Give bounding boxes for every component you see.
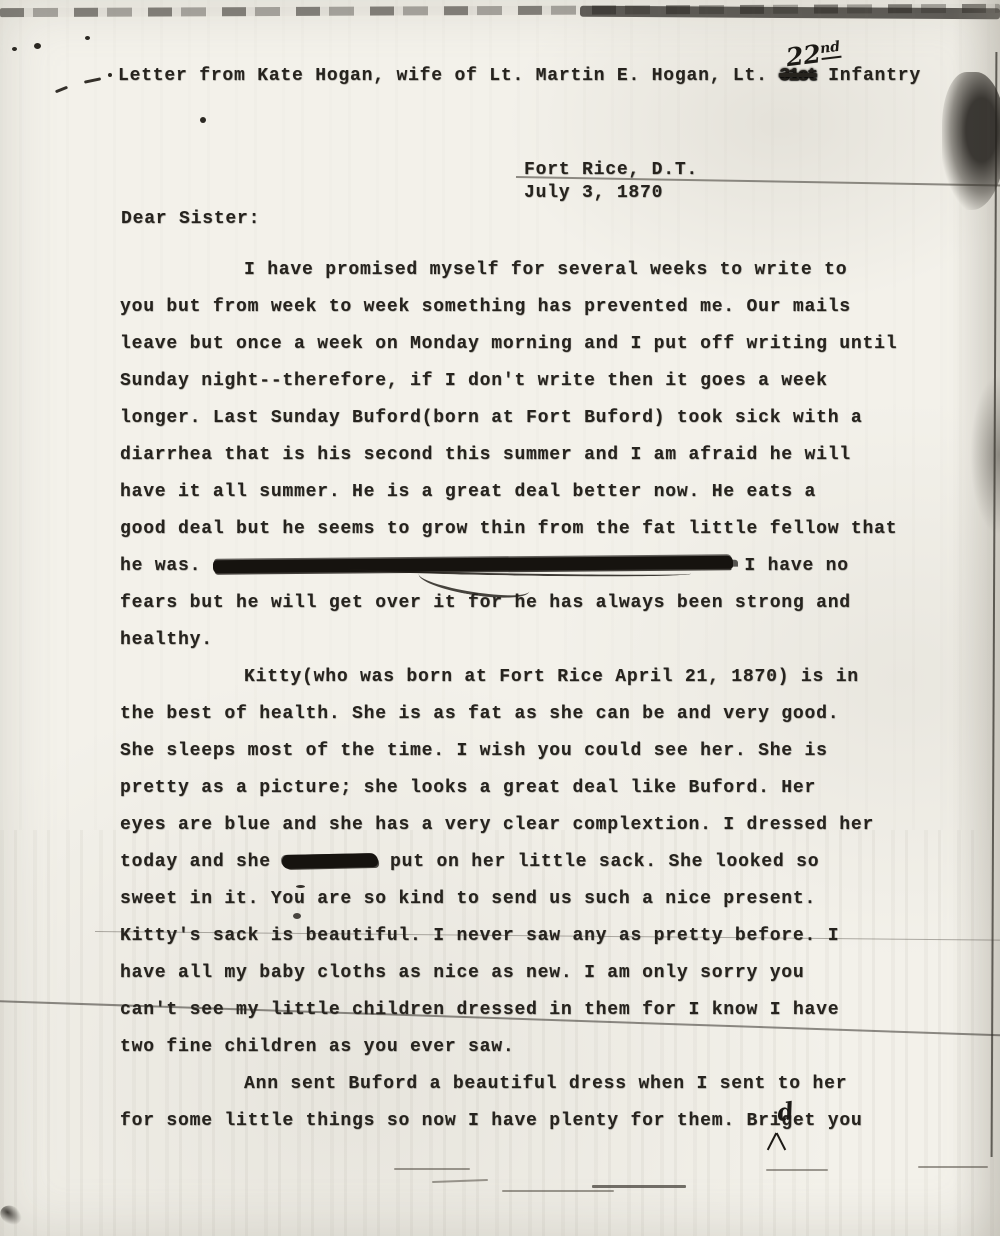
text-line: two fine children as you ever saw. (120, 1029, 936, 1066)
letter-body: I have promised myself for several weeks… (120, 252, 936, 1140)
dateline: Fort Rice, D.T.July 3, 1870 (524, 159, 698, 205)
handwritten-ordinal-suffix: nd (819, 38, 841, 59)
text-run: he was. (120, 556, 213, 576)
text-run: two fine children as you ever saw. (120, 1037, 514, 1057)
text-line: She sleeps most of the time. I wish you … (120, 733, 936, 770)
text-line: fears but he will get over it for he has… (120, 585, 936, 622)
text-run: for some little things so now I have ple… (120, 1111, 781, 1131)
header-line: Letter from Kate Hogan, wife of Lt. Mart… (118, 66, 978, 86)
scanned-letter-page: Letter from Kate Hogan, wife of Lt. Mart… (0, 0, 1000, 1236)
text-run: have it all summer. He is a great deal b… (120, 482, 816, 502)
scan-dash (432, 1179, 488, 1182)
text-run: pretty as a picture; she looks a great d… (120, 778, 816, 798)
text-line: can't see my little children dressed in … (120, 992, 936, 1029)
text-run: Letter from Kate Hogan, wife of Lt. Mart… (118, 66, 779, 86)
ink-blot-redaction (282, 853, 378, 869)
text-line: he was. I have no (120, 548, 936, 585)
text-run: Sunday night--therefore, if I don't writ… (120, 371, 828, 391)
text-run: can't see my little children dressed in … (120, 1000, 839, 1020)
scan-edge-right-line (991, 52, 998, 1157)
text-run: I have promised myself for several weeks… (244, 260, 847, 280)
text-run: Kitty's sack is beautiful. I never saw a… (120, 926, 839, 946)
text-run: I have no (733, 556, 849, 576)
text-run: diarrhea that is his second this summer … (120, 445, 851, 465)
scan-edge-right-wash (952, 0, 1000, 1236)
text-line: you but from week to week something has … (120, 289, 936, 326)
text-run: the best of health. She is as fat as she… (120, 704, 839, 724)
text-run: longer. Last Sunday Buford(born at Fort … (120, 408, 863, 428)
salutation: Dear Sister: (121, 209, 260, 229)
scan-dash (592, 1185, 686, 1188)
text-run: Ann sent Buford a beautiful dress when I… (244, 1074, 847, 1094)
ink-scribble-redaction (213, 556, 733, 574)
pencil-dash (84, 77, 101, 83)
text-line: have it all summer. He is a great deal b… (120, 474, 936, 511)
text-run: Infantry (817, 66, 921, 86)
scan-dash (502, 1190, 614, 1192)
toner-smudge-right (970, 375, 1000, 535)
dateline-line: Fort Rice, D.T. (524, 159, 698, 182)
text-line: longer. Last Sunday Buford(born at Fort … (120, 400, 936, 437)
text-line: for some little things so now I have ple… (120, 1103, 936, 1140)
scan-dash (394, 1168, 470, 1170)
scan-dash (766, 1169, 828, 1171)
ink-dash (55, 86, 68, 94)
dateline-line: July 3, 1870 (524, 182, 698, 205)
text-line: Kitty(who was born at Fort Rice April 21… (120, 659, 936, 696)
text-line: healthy. (120, 622, 936, 659)
text-run: healthy. (120, 630, 213, 650)
text-line: Kitty's sack is beautiful. I never saw a… (120, 918, 936, 955)
text-line: diarrhea that is his second this summer … (120, 437, 936, 474)
toner-blob-right (942, 72, 1000, 210)
ink-speck (34, 43, 41, 49)
text-line: eyes are blue and she has a very clear c… (120, 807, 936, 844)
text-run: have all my baby cloths as nice as new. … (120, 963, 805, 983)
text-run: fears but he will get over it for he has… (120, 593, 851, 613)
text-run: eyes are blue and she has a very clear c… (120, 815, 874, 835)
text-line: pretty as a picture; she looks a great d… (120, 770, 936, 807)
ink-speck (85, 36, 90, 40)
ink-speck (200, 117, 206, 123)
caret-mark (768, 1132, 786, 1150)
text-line: sweet in it. You are so kind to send us … (120, 881, 936, 918)
scan-edge-top-band (0, 4, 1000, 17)
scan-dash (918, 1166, 988, 1168)
text-run: leave but once a week on Monday morning … (120, 334, 897, 354)
text-run: She sleeps most of the time. I wish you … (120, 741, 828, 761)
text-run: put on her little sack. She looked so (378, 852, 819, 872)
text-run: good deal but he seems to grow thin from… (120, 519, 897, 539)
ink-mark-bottom-left (0, 1201, 25, 1229)
text-run: today and she (120, 852, 282, 872)
ink-speck (12, 47, 17, 51)
text-line: Sunday night--therefore, if I don't writ… (120, 363, 936, 400)
text-run: Kitty(who was born at Fort Rice April 21… (244, 667, 859, 687)
text-line: Ann sent Buford a beautiful dress when I… (120, 1066, 936, 1103)
text-line: leave but once a week on Monday morning … (120, 326, 936, 363)
text-line: today and she put on her little sack. Sh… (120, 844, 936, 881)
scan-edge-top-right-band (580, 6, 1000, 20)
text-run: you but from week to week something has … (120, 297, 851, 317)
text-line: I have promised myself for several weeks… (120, 252, 936, 289)
text-line: good deal but he seems to grow thin from… (120, 511, 936, 548)
pencil-dot (108, 73, 112, 77)
text-line: have all my baby cloths as nice as new. … (120, 955, 936, 992)
text-run: sweet in it. You are so kind to send us … (120, 889, 816, 909)
handwritten-number: 22 (784, 39, 822, 72)
text-line: the best of health. She is as fat as she… (120, 696, 936, 733)
